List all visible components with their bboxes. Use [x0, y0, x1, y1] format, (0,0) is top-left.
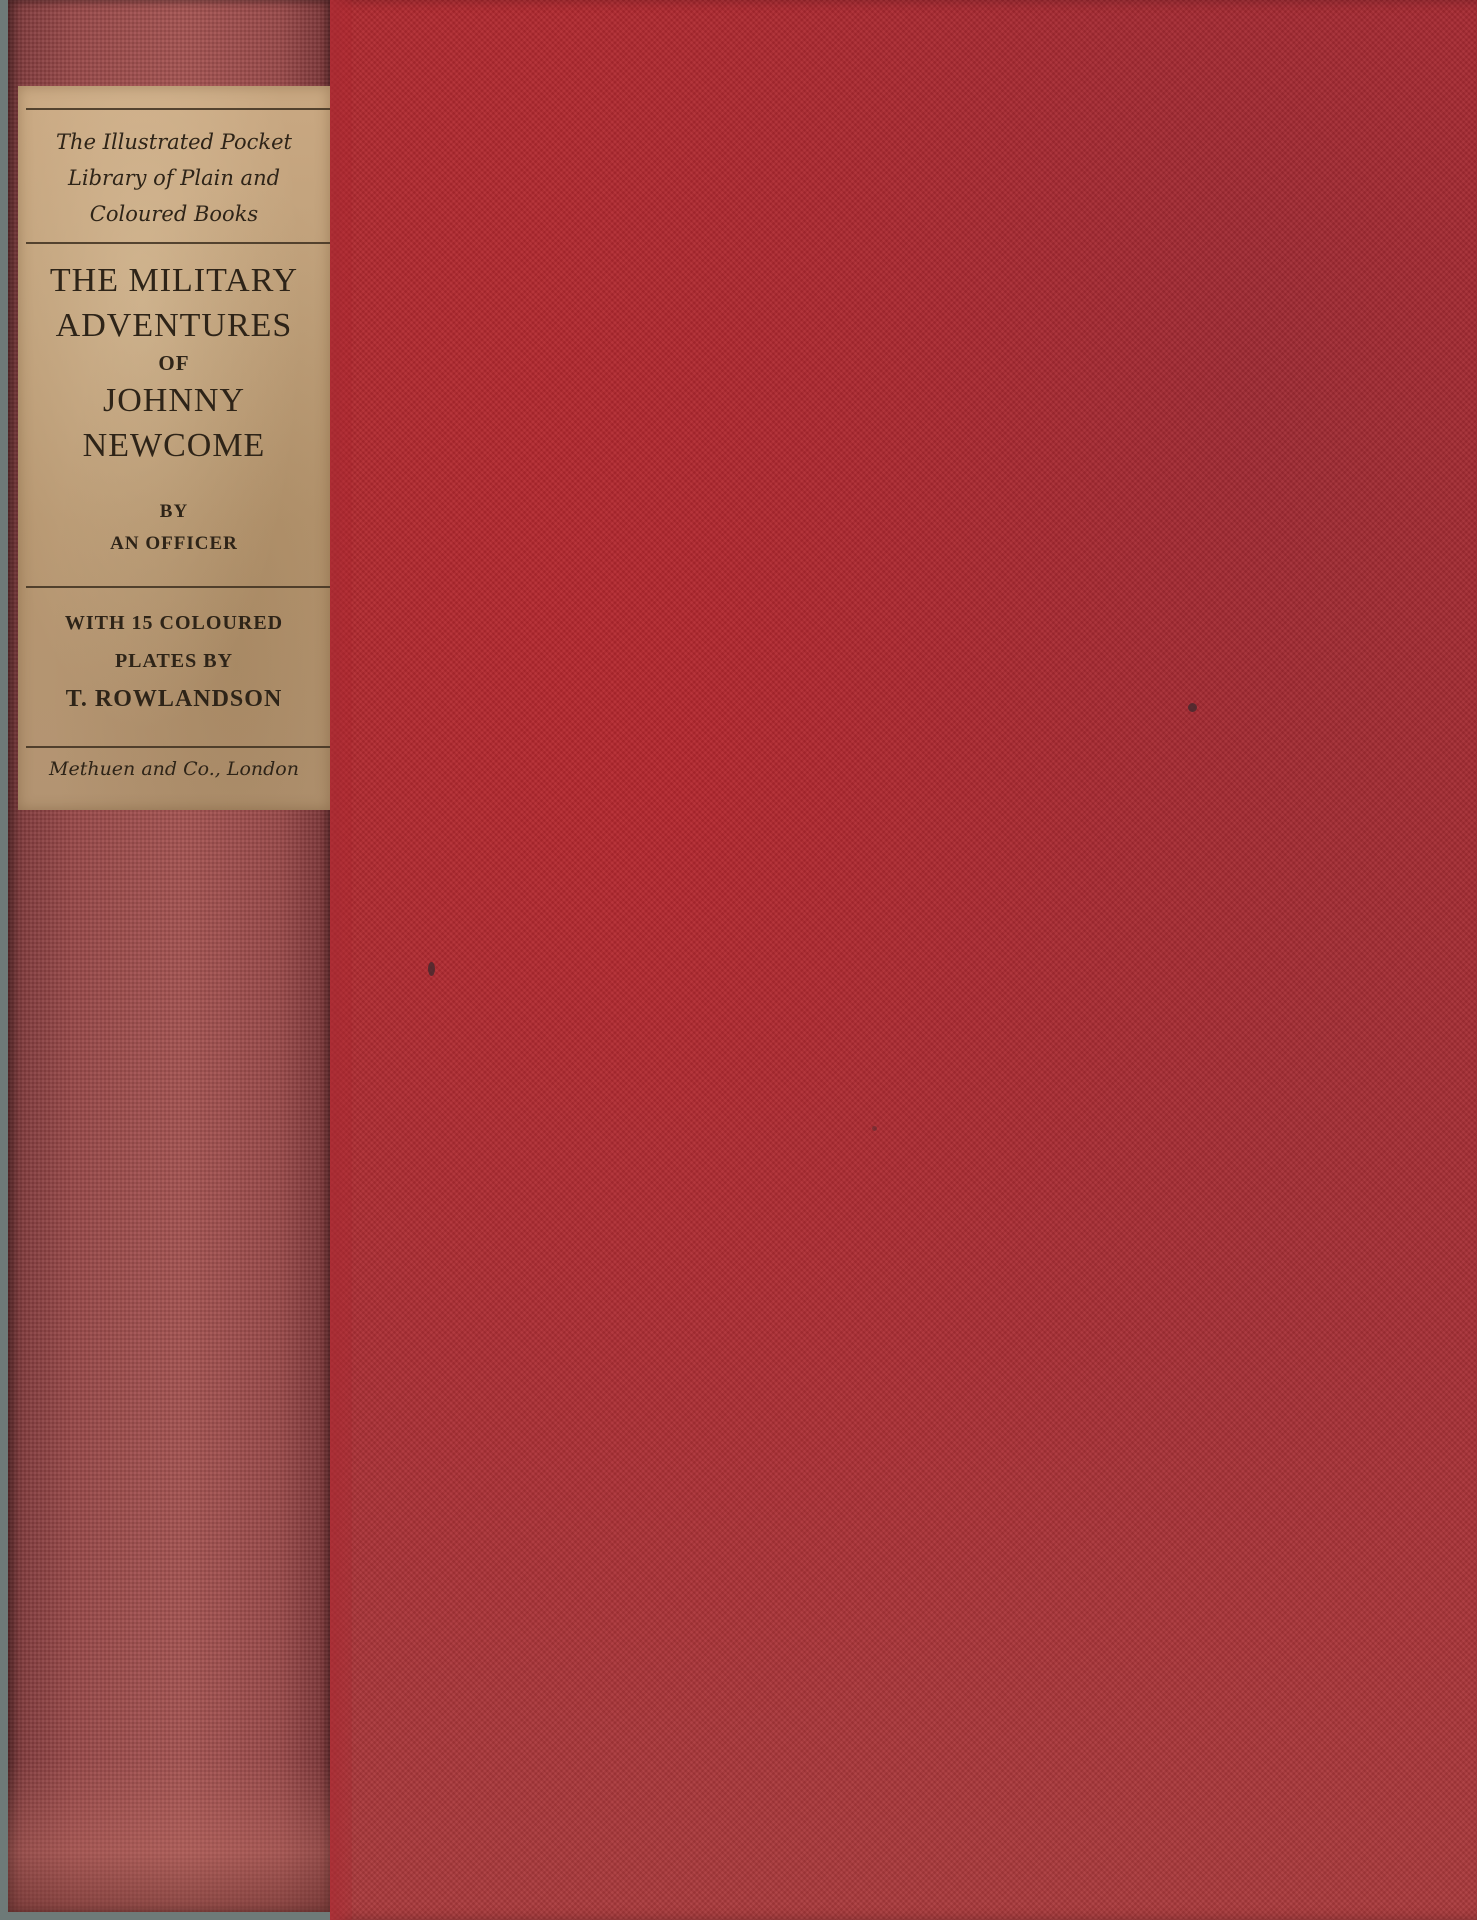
spine-label: The Illustrated Pocket Library of Plain …	[18, 86, 330, 810]
title-line-5: NEWCOME	[18, 423, 330, 468]
cover-spot	[1188, 703, 1197, 712]
publisher-imprint: Methuen and Co., London	[18, 758, 330, 780]
title-line-1: THE MILITARY	[18, 258, 330, 303]
book-title: THE MILITARY ADVENTURES OF JOHNNY NEWCOM…	[18, 258, 330, 468]
book-front-cover	[330, 0, 1477, 1920]
label-rule-top	[26, 108, 330, 110]
plates-line-1: WITH 15 COLOURED	[18, 604, 330, 642]
author-line-1: BY	[18, 496, 330, 528]
label-rule-author	[26, 586, 330, 588]
series-line-3: Coloured Books	[18, 196, 330, 232]
series-title: The Illustrated Pocket Library of Plain …	[18, 124, 330, 232]
book-photo: The Illustrated Pocket Library of Plain …	[0, 0, 1477, 1920]
title-line-2: ADVENTURES	[18, 303, 330, 348]
cover-hinge	[330, 0, 352, 1920]
label-rule-publisher	[26, 746, 330, 748]
book-author: BY AN OFFICER	[18, 496, 330, 560]
series-line-2: Library of Plain and	[18, 160, 330, 196]
book-spine: The Illustrated Pocket Library of Plain …	[8, 0, 330, 1912]
author-line-2: AN OFFICER	[18, 528, 330, 560]
title-line-3: OF	[18, 348, 330, 378]
title-line-4: JOHNNY	[18, 378, 330, 423]
series-line-1: The Illustrated Pocket	[18, 124, 330, 160]
cover-spot	[428, 962, 435, 976]
plates-line-3: T. ROWLANDSON	[18, 680, 330, 718]
plates-credit: WITH 15 COLOURED PLATES BY T. ROWLANDSON	[18, 604, 330, 718]
cover-spot	[872, 1126, 877, 1131]
plates-line-2: PLATES BY	[18, 642, 330, 680]
label-rule-series	[26, 242, 330, 244]
spine-wear	[8, 1762, 330, 1912]
